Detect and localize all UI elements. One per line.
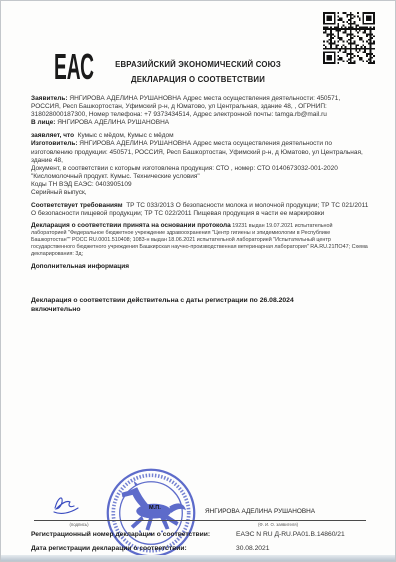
- registration-date-row: Дата регистрации декларации о соответств…: [31, 544, 375, 553]
- applicant-paragraph: Заявитель: ЯНГИРОВА АДЕЛИНА РУШАНОВНА Ад…: [31, 95, 369, 119]
- registration-number-row: Регистрационный номер декларации о соотв…: [31, 530, 375, 539]
- manufacturer-paragraph: Изготовитель: ЯНГИРОВА АДЕЛИНА РУШАНОВНА…: [31, 140, 369, 164]
- declaration-document: ЕАС ЕВРАЗИЙСКИЙ ЭКОНОМИЧЕСКИЙ СОЮЗ ДЕКЛА…: [0, 0, 396, 562]
- declares-label: заявляет, что: [31, 132, 74, 139]
- declarant-name: ЯНГИРОВА АДЕЛИНА РУШАНОВНА: [205, 508, 315, 515]
- applicant-label: Заявитель:: [31, 95, 68, 102]
- applicant-text: ЯНГИРОВА АДЕЛИНА РУШАНОВНА Адрес места о…: [31, 95, 340, 118]
- protocol-paragraph: Декларация о соответствии принята на осн…: [31, 223, 369, 258]
- tnved-code: Коды ТН ВЭД ЕАЭС: 0403905109: [31, 181, 132, 188]
- registration-date-value: 30.08.2021: [236, 545, 269, 552]
- signature-caption: (подпись): [47, 522, 111, 527]
- qr-code-icon: [323, 12, 375, 64]
- handwritten-signature: [51, 491, 87, 517]
- stamp-place-label: М.П.: [149, 505, 161, 511]
- registration-number-label: Регистрационный номер декларации о соотв…: [31, 530, 236, 539]
- serial-release: Серийный выпуск,: [31, 189, 87, 196]
- signature-line: [34, 520, 366, 521]
- declares-paragraph: заявляет, что Кумыс с мёдом, Кумыс с мёд…: [31, 132, 369, 140]
- scan-edge-shadow: [1, 555, 395, 561]
- in-person-text: ЯНГИРОВА АДЕЛИНА РУШАНОВНА: [55, 119, 169, 126]
- page-title: ДЕКЛАРАЦИЯ О СООТВЕТСТВИИ: [1, 72, 395, 87]
- protocol-label: Декларация о соответствии принята на осн…: [31, 222, 231, 229]
- compliance-paragraph: Соответствует требованиям ТР ТС 033/2013…: [31, 202, 369, 218]
- in-person-paragraph: В лице: ЯНГИРОВА АДЕЛИНА РУШАНОВНА: [31, 119, 369, 127]
- document-basis-paragraph: Документ, в соответствии с которым изгот…: [31, 165, 369, 181]
- document-text: Документ, в соответствии с которым изгот…: [31, 165, 338, 180]
- document-body: Заявитель: ЯНГИРОВА АДЕЛИНА РУШАНОВНА Ад…: [31, 95, 369, 314]
- product-name: Кумыс с мёдом, Кумыс с мёдом: [74, 132, 174, 139]
- registration-date-label: Дата регистрации декларации о соответств…: [31, 544, 236, 553]
- additional-info-label: Дополнительная информация: [31, 263, 129, 270]
- registration-number-value: ЕАЭС N RU Д-RU.РА01.В.14860/21: [236, 531, 345, 538]
- in-person-label: В лице:: [31, 119, 55, 126]
- manufacturer-label: Изготовитель:: [31, 140, 77, 147]
- additional-info-paragraph: Дополнительная информация: [31, 263, 369, 271]
- name-caption: (Ф. И. О. заявителя): [223, 522, 333, 527]
- compliance-label: Соответствует требованиям: [31, 202, 123, 209]
- tnved-paragraph: Коды ТН ВЭД ЕАЭС: 0403905109: [31, 181, 369, 189]
- manufacturer-text: ЯНГИРОВА АДЕЛИНА РУШАНОВНА Адрес места о…: [31, 140, 363, 163]
- serial-paragraph: Серийный выпуск,: [31, 189, 369, 197]
- validity-paragraph: Декларация о соответствии действительна …: [31, 297, 309, 314]
